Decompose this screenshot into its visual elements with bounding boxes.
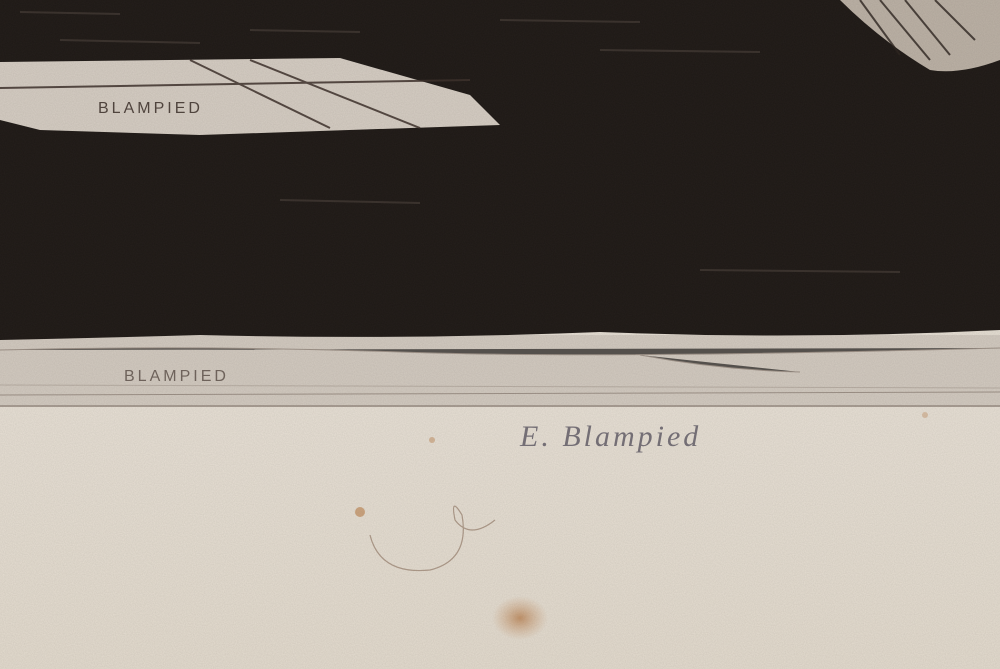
plate-signature-lower: BLAMPIED — [124, 368, 229, 386]
plate-signature-upper: BLAMPIED — [98, 100, 203, 118]
pencil-signature: E. Blampied — [520, 420, 701, 454]
